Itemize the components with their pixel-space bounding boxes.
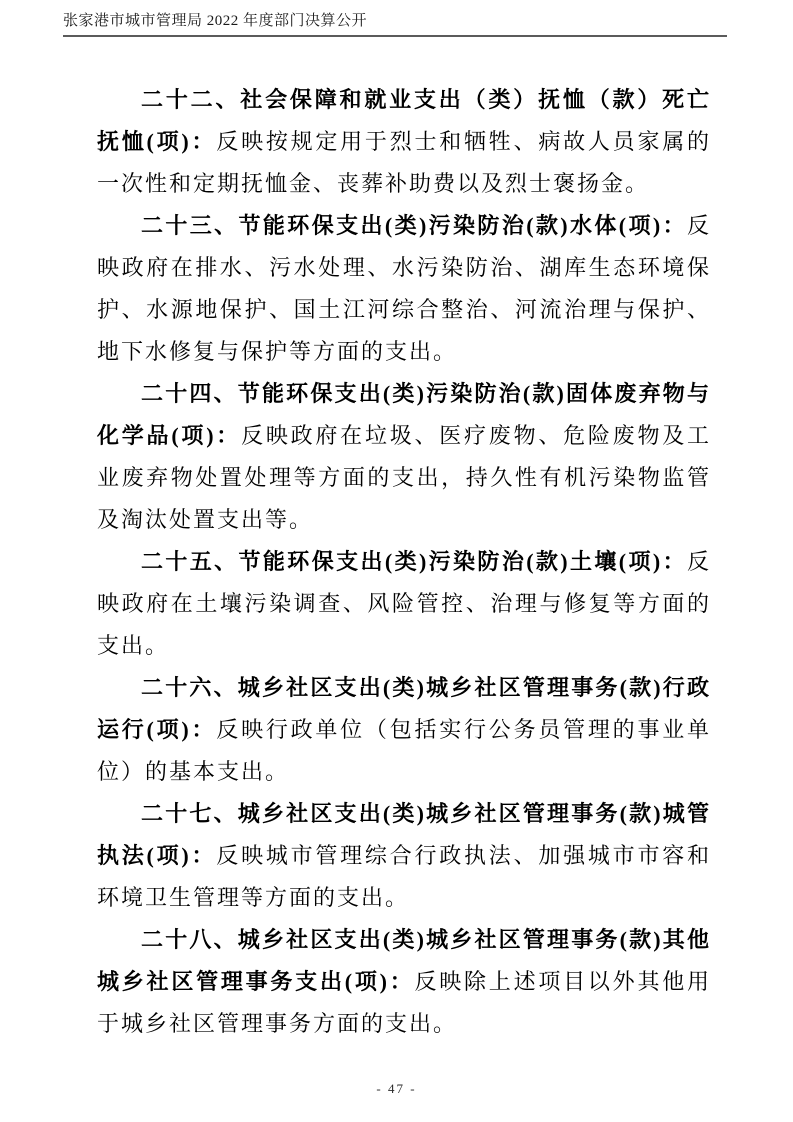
page-header: 张家港市城市管理局 2022 年度部门决算公开 (63, 9, 727, 37)
document-body: 二十二、社会保障和就业支出（类）抚恤（款）死亡抚恤(项)：反映按规定用于烈士和牺… (97, 79, 711, 1045)
paragraph-lead: 二十三、节能环保支出(类)污染防治(款)水体(项)： (141, 213, 687, 238)
page-number: - 47 - (376, 1081, 416, 1096)
document-page: 张家港市城市管理局 2022 年度部门决算公开 二十二、社会保障和就业支出（类）… (0, 0, 793, 1122)
page-footer: - 47 - (0, 1080, 793, 1098)
document-paragraph: 二十六、城乡社区支出(类)城乡社区管理事务(款)行政运行(项)：反映行政单位（包… (97, 667, 711, 793)
document-paragraph: 二十八、城乡社区支出(类)城乡社区管理事务(款)其他城乡社区管理事务支出(项)：… (97, 919, 711, 1045)
paragraph-lead: 二十五、节能环保支出(类)污染防治(款)土壤(项)： (141, 549, 687, 574)
document-paragraph: 二十五、节能环保支出(类)污染防治(款)土壤(项)：反映政府在土壤污染调查、风险… (97, 541, 711, 667)
document-paragraph: 二十三、节能环保支出(类)污染防治(款)水体(项)：反映政府在排水、污水处理、水… (97, 205, 711, 373)
document-paragraph: 二十二、社会保障和就业支出（类）抚恤（款）死亡抚恤(项)：反映按规定用于烈士和牺… (97, 79, 711, 205)
document-paragraph: 二十四、节能环保支出(类)污染防治(款)固体废弃物与化学品(项)：反映政府在垃圾… (97, 373, 711, 541)
document-paragraph: 二十七、城乡社区支出(类)城乡社区管理事务(款)城管执法(项)：反映城市管理综合… (97, 793, 711, 919)
header-title: 张家港市城市管理局 2022 年度部门决算公开 (63, 9, 727, 30)
